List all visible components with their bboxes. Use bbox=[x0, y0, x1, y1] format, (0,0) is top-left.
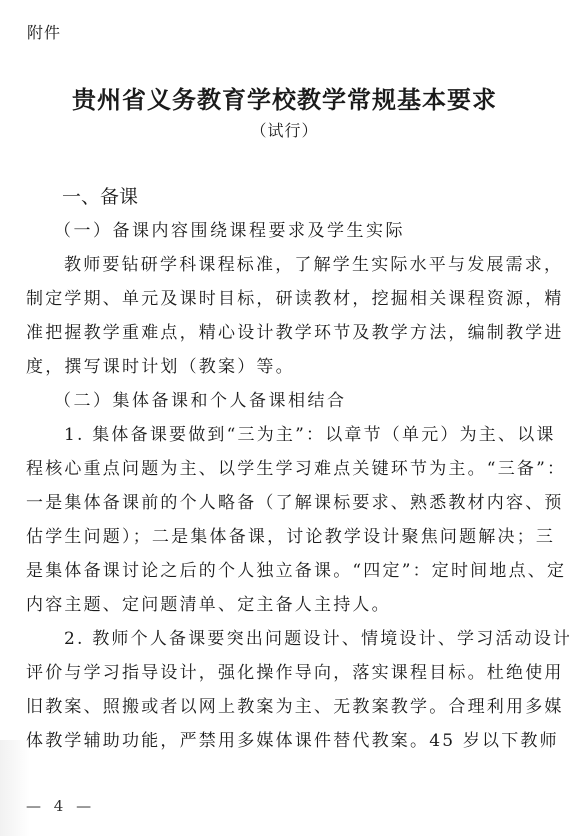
paragraph-individual-preparation: 2. 教师个人备课要突出问题设计、情境设计、学习活动设计、 评价与学习指导设计，… bbox=[26, 622, 546, 758]
section-heading-1: 一、备课 bbox=[26, 180, 546, 214]
text-line: 内容主题、定问题清单、定主备人主持人。 bbox=[26, 588, 546, 622]
text-line: 体教学辅助功能，严禁用多媒体课件替代教案。45 岁以下教师 bbox=[26, 724, 546, 758]
text-line: 是集体备课讨论之后的个人独立备课。“四定”：定时间地点、定 bbox=[26, 554, 546, 588]
text-line: 一是集体备课前的个人略备（了解课标要求、熟悉教材内容、预 bbox=[26, 486, 546, 520]
document-subtitle: （试行） bbox=[0, 118, 569, 141]
text-line: 1. 集体备课要做到“三为主”：以章节（单元）为主、以课 bbox=[26, 418, 546, 452]
page-number: — 4 — bbox=[26, 797, 95, 815]
subsection-heading-1: （一）备课内容围绕课程要求及学生实际 bbox=[26, 214, 546, 248]
document-body: 一、备课 （一）备课内容围绕课程要求及学生实际 教师要钻研学科课程标准，了解学生… bbox=[26, 180, 546, 758]
text-line: 准把握教学重难点，精心设计教学环节及教学方法，编制教学进 bbox=[26, 316, 546, 350]
paragraph-collective-preparation: 1. 集体备课要做到“三为主”：以章节（单元）为主、以课 程核心重点问题为主、以… bbox=[26, 418, 546, 622]
text-line: 评价与学习指导设计，强化操作导向，落实课程目标。杜绝使用 bbox=[26, 656, 546, 690]
text-line: 度，撰写课时计划（教案）等。 bbox=[26, 350, 546, 384]
subsection-heading-2: （二）集体备课和个人备课相结合 bbox=[26, 384, 546, 418]
text-line: 旧教案、照搬或者以网上教案为主、无教案教学。合理利用多媒 bbox=[26, 690, 546, 724]
text-line: 制定学期、单元及课时目标，研读教材，挖掘相关课程资源，精 bbox=[26, 282, 546, 316]
paragraph-lesson-preparation: 教师要钻研学科课程标准，了解学生实际水平与发展需求， 制定学期、单元及课时目标，… bbox=[26, 248, 546, 384]
document-title: 贵州省义务教育学校教学常规基本要求 bbox=[0, 80, 569, 115]
text-line: 估学生问题）；二是集体备课，讨论教学设计聚焦问题解决；三 bbox=[26, 520, 546, 554]
text-line: 程核心重点问题为主、以学生学习难点关键环节为主。“三备”： bbox=[26, 452, 546, 486]
attachment-label: 附件 bbox=[27, 20, 61, 43]
text-line: 2. 教师个人备课要突出问题设计、情境设计、学习活动设计、 bbox=[26, 622, 546, 656]
text-line: 教师要钻研学科课程标准，了解学生实际水平与发展需求， bbox=[26, 248, 546, 282]
